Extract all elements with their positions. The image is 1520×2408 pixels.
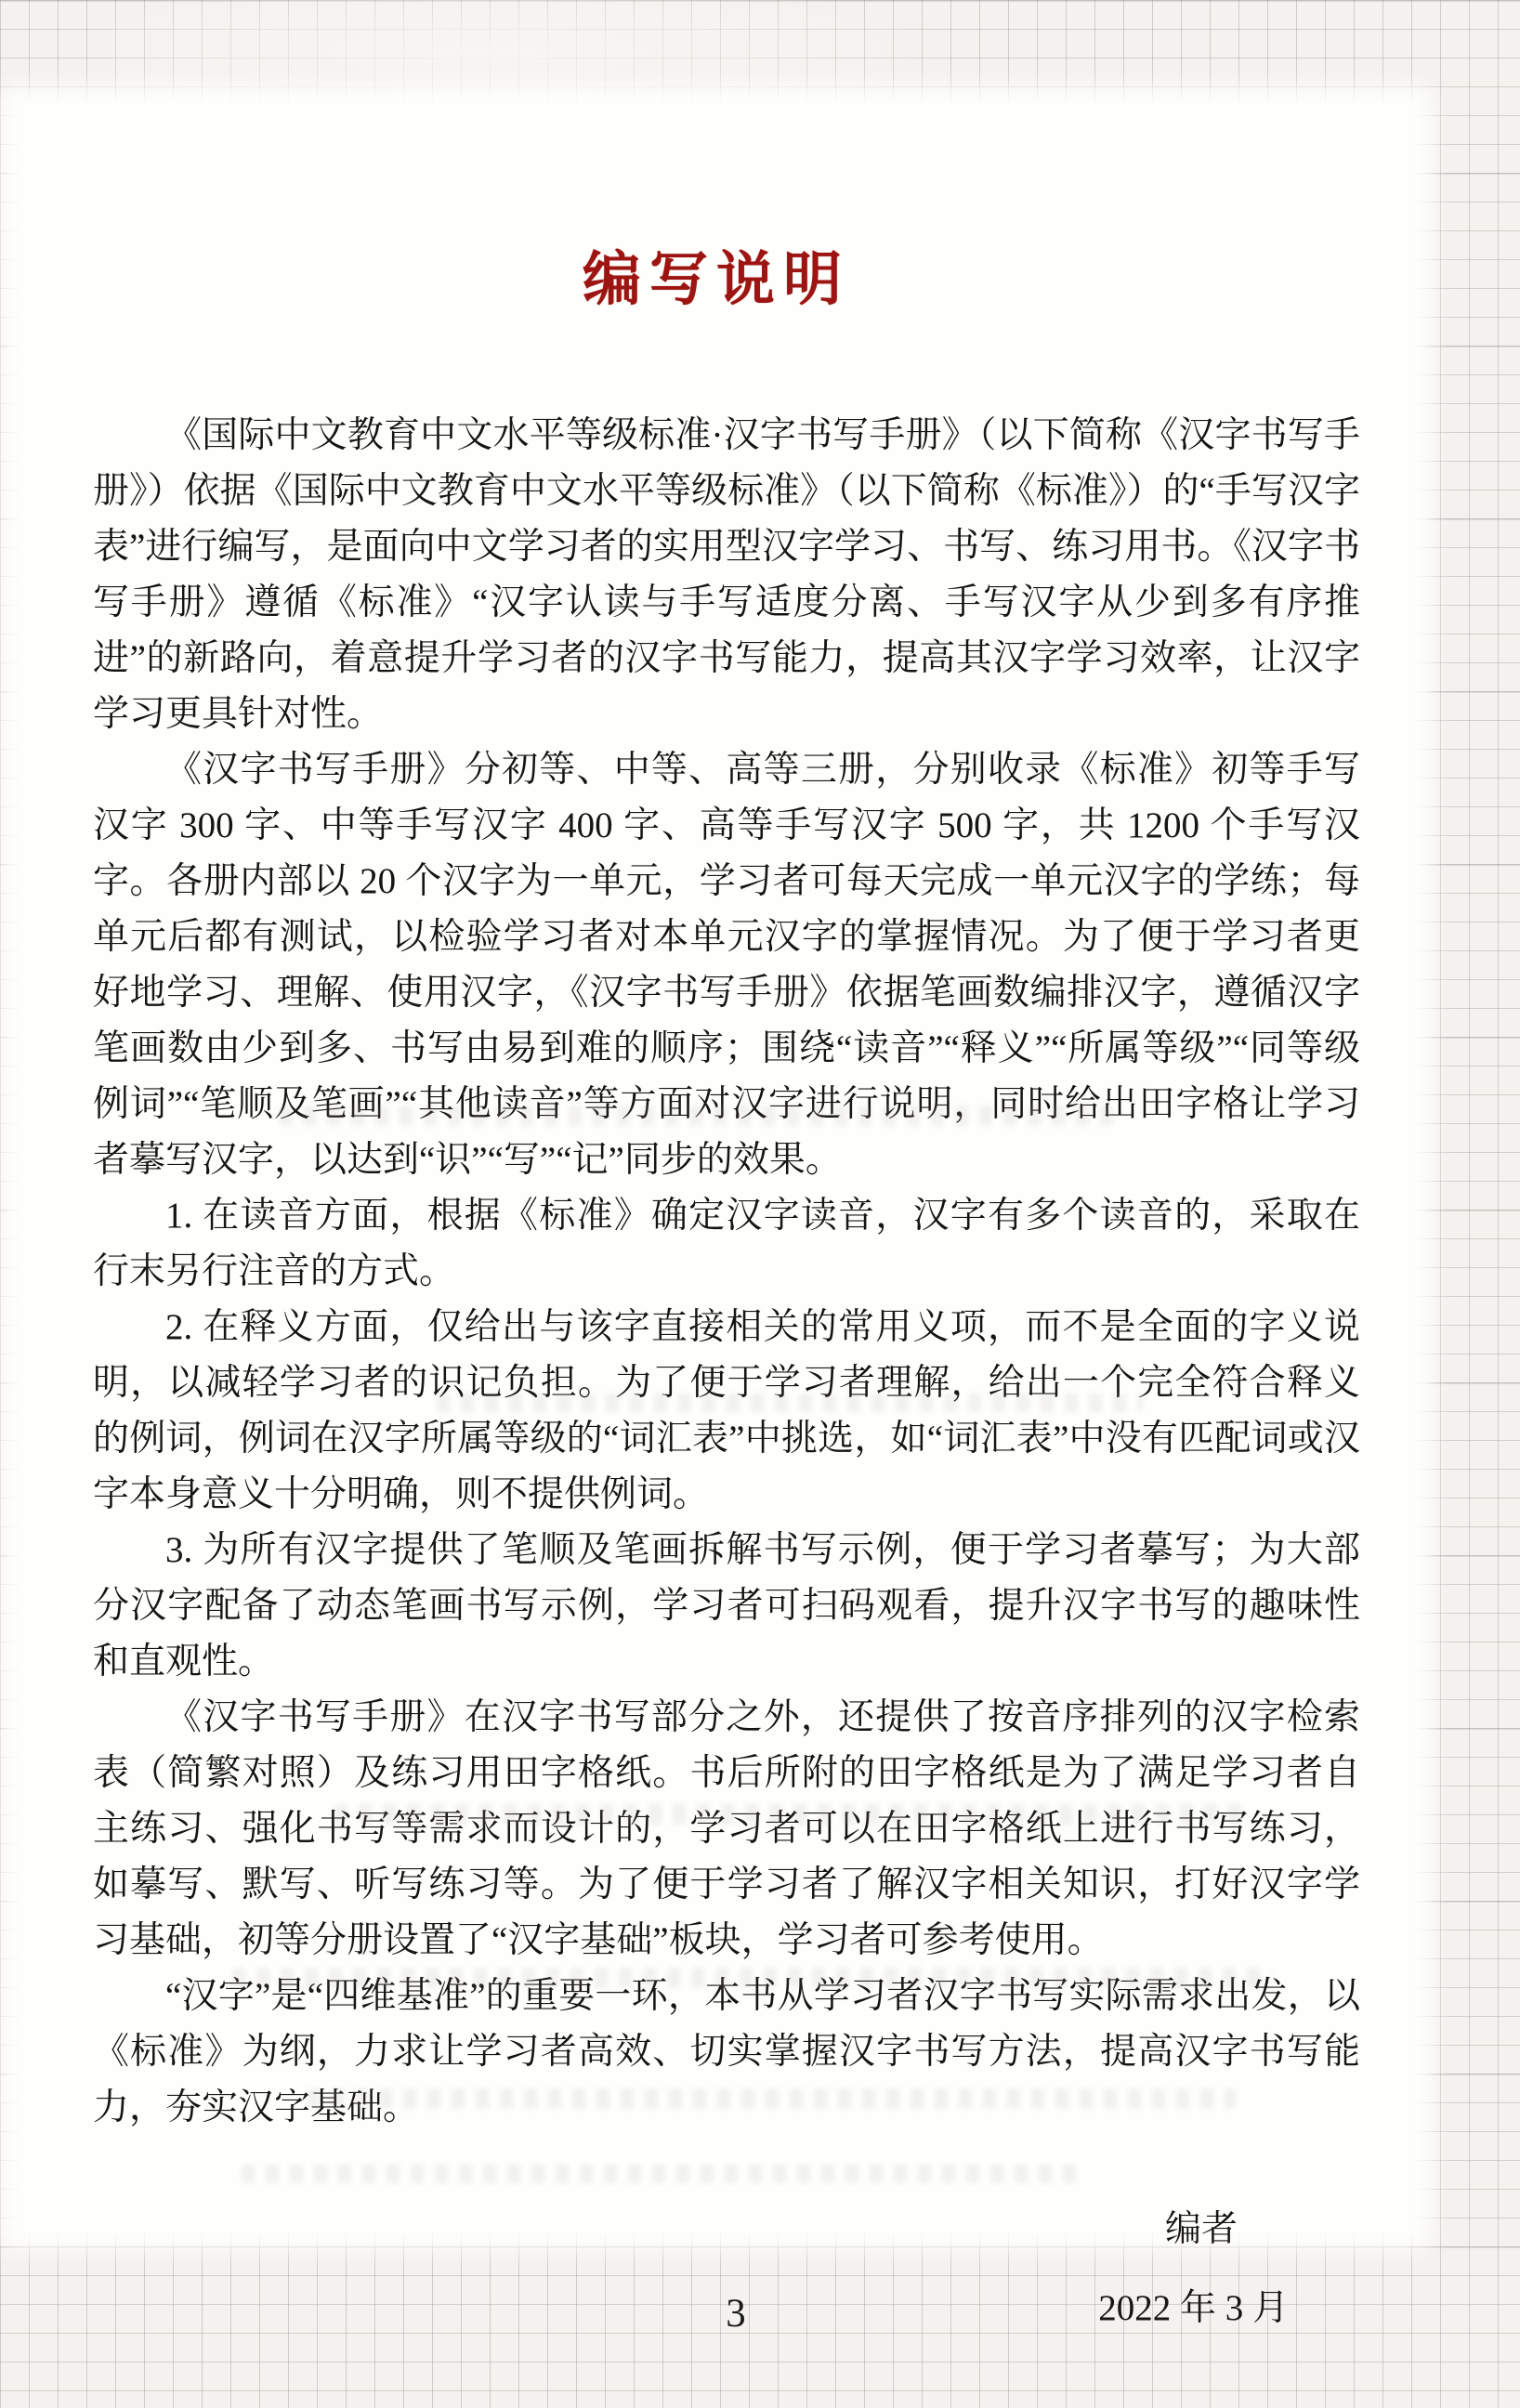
body-text: 《国际中文教育中文水平等级标准·汉字书写手册》（以下简称《汉字书写手册》）依据《…: [19, 408, 1414, 2136]
bleedthrough-smudge: [334, 1804, 1245, 1825]
book-page: 编写说明 《国际中文教育中文水平等级标准·汉字书写手册》（以下简称《汉字书写手册…: [19, 104, 1414, 2231]
bleedthrough-smudge: [307, 2088, 1236, 2109]
paragraph-item-1: 1. 在读音方面，根据《标准》确定汉字读音，汉字有多个读音的，采取在行末另行注音…: [93, 1188, 1360, 1300]
paragraph-appendix: 《汉字书写手册》在汉字书写部分之外，还提供了按音序排列的汉字检索表（简繁对照）及…: [93, 1690, 1360, 1969]
paragraph-closing: “汉字”是“四维基准”的重要一环，本书从学习者汉字书写实际需求出发，以《标准》为…: [93, 1969, 1360, 2136]
signature-author: 编者: [19, 2190, 1289, 2269]
signature-date: 2022 年 3 月: [19, 2269, 1289, 2348]
page-title: 编写说明: [19, 104, 1414, 317]
bleedthrough-smudge: [242, 2165, 1078, 2183]
scanned-document: { "page": { "title": "编写说明", "paragraphs…: [0, 0, 1520, 2408]
page-number: 3: [699, 2291, 773, 2336]
paragraph-item-3: 3. 为所有汉字提供了笔顺及笔画拆解书写示例，便于学习者摹写；为大部分汉字配备了…: [93, 1523, 1360, 1690]
bleedthrough-smudge: [232, 1968, 1273, 1988]
bleedthrough-smudge: [279, 1106, 1115, 1126]
paragraph-intro: 《国际中文教育中文水平等级标准·汉字书写手册》（以下简称《汉字书写手册》）依据《…: [93, 408, 1360, 742]
bleedthrough-smudge: [437, 1394, 1143, 1412]
